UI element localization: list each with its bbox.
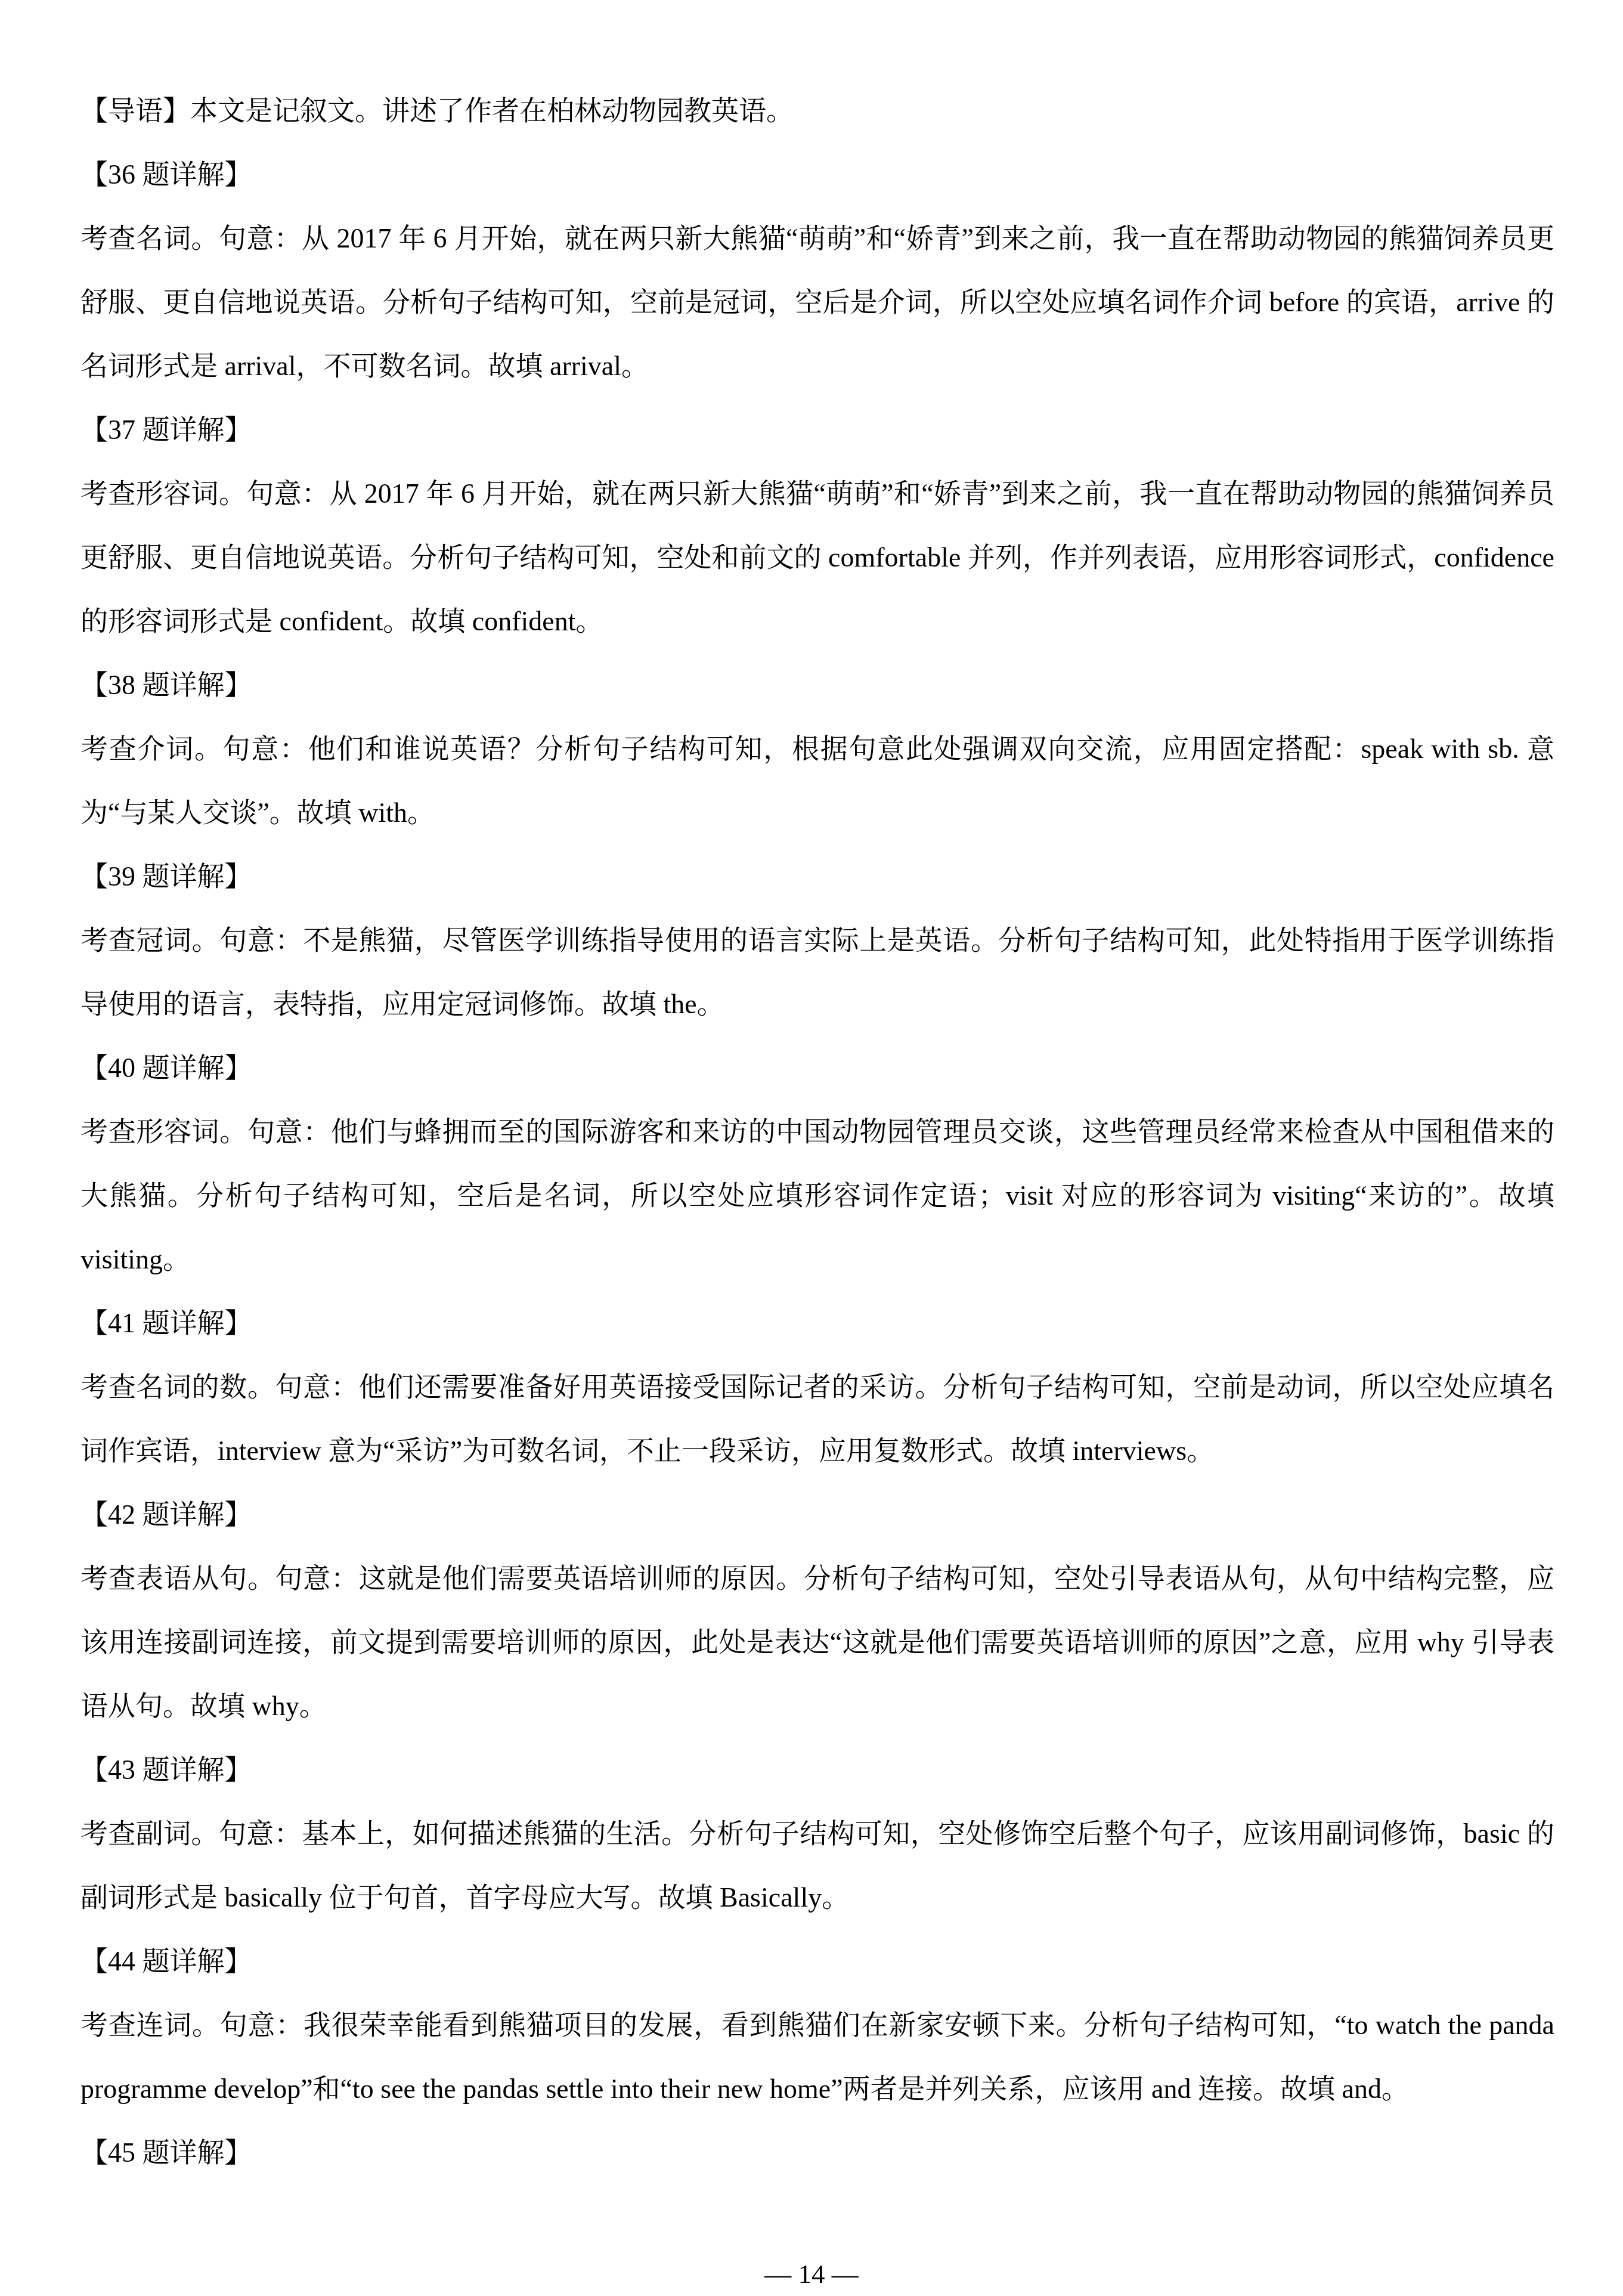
intro-label: 【导语】 xyxy=(80,95,190,126)
section-40-body: 考查形容词。句意：他们与蜂拥而至的国际游客和来访的中国动物园管理员交谈，这些管理… xyxy=(80,1100,1554,1291)
section-44-title: 【44 题详解】 xyxy=(80,1929,1554,1993)
section-36-title: 【36 题详解】 xyxy=(80,143,1554,206)
section-43-body: 考查副词。句意：基本上，如何描述熊猫的生活。分析句子结构可知，空处修饰空后整个句… xyxy=(80,1802,1554,1929)
answer-explanations: 【导语】本文是记叙文。讲述了作者在柏林动物园教英语。 【36 题详解】 考查名词… xyxy=(80,79,1554,2184)
section-40-title: 【40 题详解】 xyxy=(80,1036,1554,1100)
section-37-body: 考查形容词。句意：从 2017 年 6 月开始，就在两只新大熊猫“萌萌”和“娇青… xyxy=(80,462,1554,653)
section-38-title: 【38 题详解】 xyxy=(80,653,1554,717)
section-43-title: 【43 题详解】 xyxy=(80,1738,1554,1802)
section-37-title: 【37 题详解】 xyxy=(80,398,1554,462)
section-45-title: 【45 题详解】 xyxy=(80,2121,1554,2184)
section-42-title: 【42 题详解】 xyxy=(80,1483,1554,1546)
section-38-body: 考查介词。句意：他们和谁说英语？分析句子结构可知，根据句意此处强调双向交流，应用… xyxy=(80,717,1554,844)
section-41-title: 【41 题详解】 xyxy=(80,1291,1554,1355)
document-page: 【导语】本文是记叙文。讲述了作者在柏林动物园教英语。 【36 题详解】 考查名词… xyxy=(0,0,1623,2296)
page-number: — 14 — xyxy=(0,2259,1623,2289)
section-39-body: 考查冠词。句意：不是熊猫，尽管医学训练指导使用的语言实际上是英语。分析句子结构可… xyxy=(80,908,1554,1036)
section-44-body: 考查连词。句意：我很荣幸能看到熊猫项目的发展，看到熊猫们在新家安顿下来。分析句子… xyxy=(80,1993,1554,2121)
section-41-body: 考查名词的数。句意：他们还需要准备好用英语接受国际记者的采访。分析句子结构可知，… xyxy=(80,1355,1554,1483)
section-36-body: 考查名词。句意：从 2017 年 6 月开始，就在两只新大熊猫“萌萌”和“娇青”… xyxy=(80,206,1554,398)
section-42-body: 考查表语从句。句意：这就是他们需要英语培训师的原因。分析句子结构可知，空处引导表… xyxy=(80,1546,1554,1738)
intro-paragraph: 【导语】本文是记叙文。讲述了作者在柏林动物园教英语。 xyxy=(80,79,1554,143)
intro-text: 本文是记叙文。讲述了作者在柏林动物园教英语。 xyxy=(190,95,794,126)
section-39-title: 【39 题详解】 xyxy=(80,844,1554,908)
